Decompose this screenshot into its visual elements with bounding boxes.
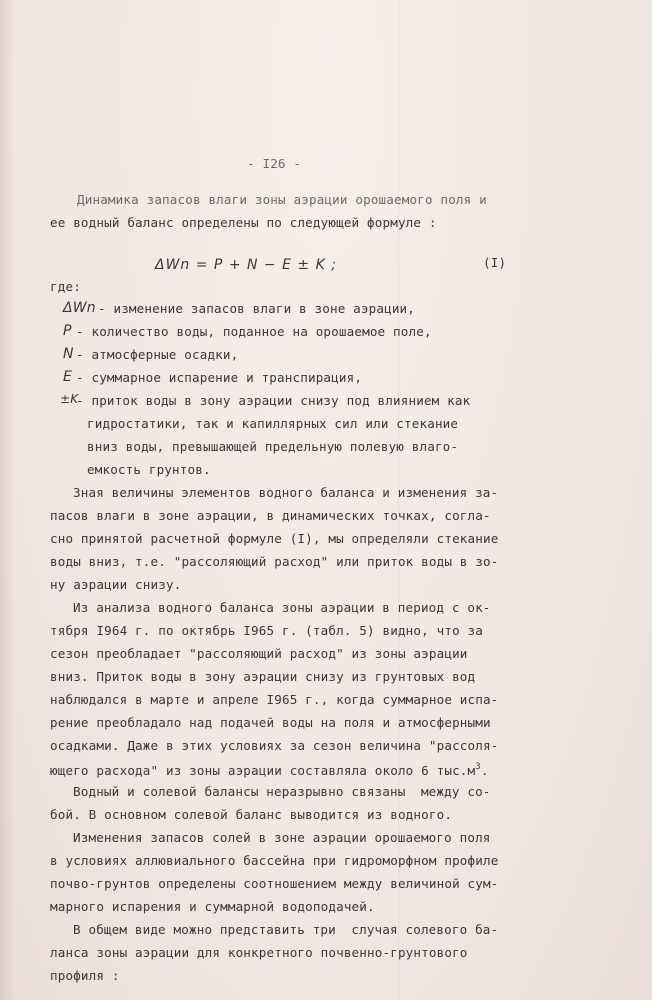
definition-text: - суммарное испарение и транспирация, [76, 372, 362, 385]
paragraph-line: ланса зоны аэрации для конкретного почве… [50, 947, 468, 960]
paragraph-line: почво-грунтов определены соотношением ме… [50, 878, 498, 891]
paragraph-line: Зная величины элементов водного баланса … [73, 487, 498, 500]
paragraph-line: ну аэрации снизу. [50, 579, 181, 592]
definition-text: - атмосферные осадки, [76, 349, 238, 362]
paragraph-line: осадками. Даже в этих условиях за сезон … [50, 740, 498, 753]
paragraph-line: в условиях аллювиального бассейна при ги… [50, 855, 498, 868]
paragraph-line: пасов влаги в зоне аэрации, в динамическ… [50, 510, 491, 523]
paragraph-line: рение преобладало над подачей воды на по… [50, 717, 491, 730]
paper-crease [398, 0, 399, 1000]
paragraph-line: тября I964 г. по октябрь I965 г. (табл. … [50, 625, 483, 638]
definition-symbol: ΔWn [63, 301, 96, 315]
formula-number: (I) [483, 257, 506, 270]
paragraph-line: бой. В основном солевой баланс выводится… [50, 809, 452, 822]
definition-continuation: вниз воды, превышающей предельную полеву… [87, 441, 458, 454]
paragraph-line: Изменения запасов солей в зоне аэрации о… [73, 832, 491, 845]
paragraph-period: . [481, 763, 489, 778]
intro-line-2: ее водный баланс определены по следующей… [50, 217, 437, 230]
paragraph-line: Из анализа водного баланса зоны аэрации … [73, 602, 491, 615]
definition-text: - приток воды в зону аэрации снизу под в… [76, 395, 470, 408]
definition-continuation: емкость грунтов. [87, 464, 211, 477]
paragraph-line: сно принятой расчетной формуле (I), мы о… [50, 533, 498, 546]
paragraph-line: сезон преобладает "рассоляющий расход" и… [50, 648, 468, 661]
scanned-page: - I26 - Динамика запасов влаги зоны аэра… [0, 0, 652, 1000]
intro-line-1: Динамика запасов влаги зоны аэрации орош… [77, 194, 487, 207]
definition-text: - количество воды, поданное на орошаемое… [76, 326, 432, 339]
definition-text: - изменение запасов влаги в зоне аэрации… [98, 303, 415, 316]
definition-continuation: гидростатики, так и капиллярных сил или … [87, 418, 458, 431]
where-label: где: [50, 281, 81, 294]
paragraph-text: ющего расхода" из зоны аэрации составлял… [50, 763, 475, 778]
paragraph-line: профиля : [50, 970, 120, 983]
paragraph-line: Водный и солевой балансы неразрывно связ… [73, 786, 491, 799]
definition-symbol: N [63, 347, 74, 361]
paragraph-line: наблюдался в марте и апреле I965 г., ког… [50, 694, 498, 707]
paragraph-line: ющего расхода" из зоны аэрации составлял… [50, 763, 489, 778]
paragraph-line: воды вниз, т.е. "рассоляющий расход" или… [50, 556, 498, 569]
formula: ΔWn = P + N − E ± K ; [155, 258, 337, 272]
definition-symbol: P [63, 324, 72, 338]
page-number: - I26 - [247, 158, 301, 171]
paragraph-line: вниз. Приток воды в зону аэрации снизу и… [50, 671, 475, 684]
paragraph-line: В общем виде можно представить три случа… [73, 924, 498, 937]
definition-symbol: E [63, 370, 72, 384]
paragraph-line: марного испарения и суммарной водоподаче… [50, 901, 375, 914]
